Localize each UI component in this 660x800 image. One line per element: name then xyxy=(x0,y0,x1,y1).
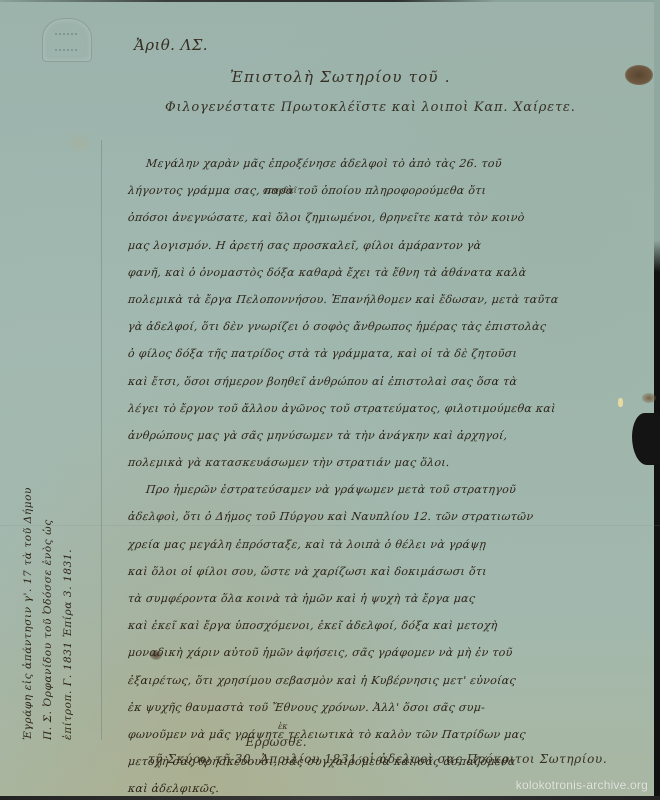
ink-blot-stain xyxy=(625,65,653,85)
body-line: γὰ ἀδελφοί, ὅτι δὲν γνωρίζει ὁ σοφὸς ἄνθ… xyxy=(127,313,650,340)
dateline-signature: τῇ Σκύρῳ τῇ 30. Ἀπριλίου 1831 οἱ ἀδελφοὶ… xyxy=(148,752,607,766)
body-line: πολεμικὰ γὰ κατασκευάσωμεν τὴν στρατιάν … xyxy=(127,449,650,476)
body-line: ὁ φίλος δόξα τῆς πατρίδος στὰ τὰ γράμματ… xyxy=(127,340,650,367)
marginal-line: ἐπίτροπ. Γ. 1831 Ἐπίρα 3. 1831. xyxy=(58,410,78,740)
salutation: Φιλογενέστατε Πρωτοκλέϊστε καὶ λοιποὶ Κα… xyxy=(165,100,576,115)
header-reference: Ἀριθ. ΛΣ. xyxy=(134,36,208,54)
body-line: ἀδελφοὶ, ὅτι ὁ Δήμος τοῦ Πύργου καὶ Ναυπ… xyxy=(127,503,650,530)
body-line: ἐξαιρέτως, ὅτι χρησίμου σεβασμὸν καὶ ἡ Κ… xyxy=(127,667,650,694)
closing-farewell: Ἐρρωσθε. xyxy=(244,735,307,749)
body-line: ὁπόσοι ἀνεγνώσατε, καὶ ὅλοι ζημιωμένοι, … xyxy=(127,204,650,231)
marginal-line: Π. Σ. Ὀρφανίδου τοῦ Ὀδόσσε ἐνὸς ὡς xyxy=(38,410,58,740)
body-line: μοναδικὴ χάριν αὐτοῦ ἡμῶν ἀφήσεις, σᾶς γ… xyxy=(127,639,650,666)
body-line: λήγοντος γράμμα σας, παρὰ τοῦ ὁποίου πλη… xyxy=(127,177,650,204)
body-line: Προ ἡμερῶν ἐστρατεύσαμεν νὰ γράψωμεν μετ… xyxy=(127,476,650,503)
marginal-line: Ἐγράφη εἰς ἀπάντησιν γ'. 17 τὰ τοῦ Δήμου xyxy=(18,410,38,740)
body-line: καὶ ὅλοι οἱ φίλοι σου, ὥστε νὰ χαρίζωσι … xyxy=(127,558,650,585)
body-line: πολεμικὰ τὰ ἔργα Πελοποννήσου. Ἐπανήλθομ… xyxy=(127,286,650,313)
body-line: καὶ ἔτσι, ὅσοι σήμερον βοηθεῖ ἀνθρώπου α… xyxy=(127,368,650,395)
top-edge-shadow xyxy=(0,0,660,2)
body-line: μας λογισμόν. Η ἀρετή σας προσκαλεῖ, φίλ… xyxy=(127,232,650,259)
marginal-annotation: Ἐγράφη εἰς ἀπάντησιν γ'. 17 τὰ τοῦ Δήμου… xyxy=(18,410,78,740)
body-line: τὰ συμφέροντα ὅλα κοινὰ τὰ ἡμῶν καὶ ἡ ψυ… xyxy=(127,585,650,612)
body-line: Μεγάλην χαρὰν μᾶς ἐπροξένησε ἀδελφοὶ τὸ … xyxy=(127,150,650,177)
body-line: λέγει τὸ ἔργον τοῦ ἄλλου ἀγῶνος τοῦ στρα… xyxy=(127,395,650,422)
body-line: χρεία μας μεγάλη ἐπρόσταξε, καὶ τὰ λοιπὰ… xyxy=(127,531,650,558)
stain-mark xyxy=(68,134,90,152)
letter-title: Ἐπιστολὴ Σωτηρίου τοῦ . xyxy=(230,68,451,86)
body-line: ἐκ ψυχῆς θαυμαστὰ τοῦ Ἔθνους χρόνων. Ἀλλ… xyxy=(127,694,650,721)
body-line: καὶ ἐκεῖ καὶ ἔργα ὑποσχόμενοι, ἐκεῖ ἀδελ… xyxy=(127,612,650,639)
body-line: φανῆ, καὶ ὁ ὀνομαστὸς δόξα καθαρὰ ἔχει τ… xyxy=(127,259,650,286)
manuscript-page: Ἀριθ. ΛΣ. Ἐπιστολὴ Σωτηρίου τοῦ . Φιλογε… xyxy=(0,0,660,800)
body-line: ἀνθρώπους μας γὰ σᾶς μηνύσωμεν τὰ τὴν ἀν… xyxy=(127,422,650,449)
margin-fold-line xyxy=(101,140,102,740)
body-line: φωνοῦμεν νὰ μᾶς γράψητε τελειωτικὰ τὸ κα… xyxy=(127,721,650,748)
interlinear-note: ἐκ xyxy=(278,722,288,731)
letter-body: Μεγάλην χαρὰν μᾶς ἐπροξένησε ἀδελφοὶ τὸ … xyxy=(128,150,648,800)
archive-watermark: kolokotronis-archive.org xyxy=(516,778,648,792)
embossed-stamp-icon xyxy=(42,18,92,62)
